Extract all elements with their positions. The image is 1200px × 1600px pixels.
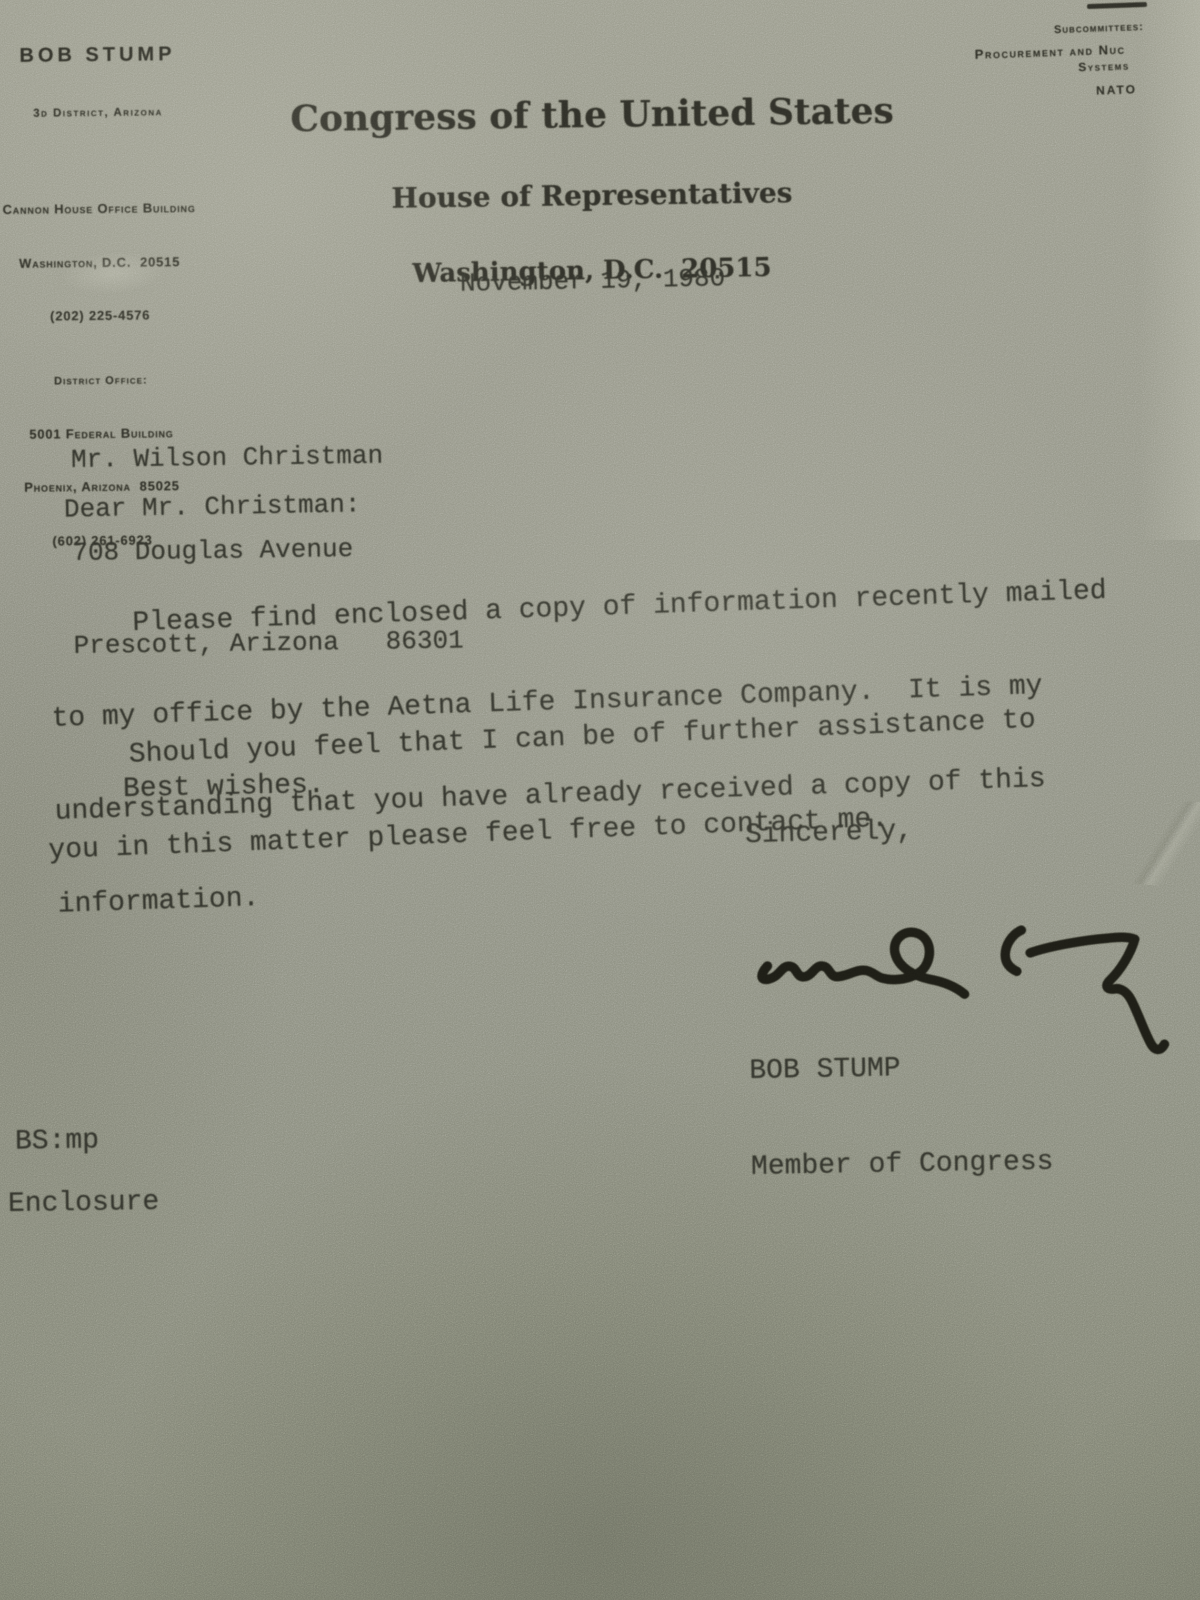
committee-nato: NATO <box>1096 82 1137 97</box>
signer-title: Member of Congress <box>751 1147 1054 1184</box>
signer-block: BOB STUMP Member of Congress <box>748 987 1055 1248</box>
body-line: Please find enclosed a copy of informati… <box>48 576 1107 642</box>
reference-initials: BS:mp <box>15 1125 99 1157</box>
masthead-house-line: House of Representatives <box>0 171 1184 221</box>
body-line: Should you feel that I can be of further… <box>44 705 1036 774</box>
signer-name: BOB STUMP <box>749 1051 1052 1088</box>
date-line: November 19, 1980 <box>460 263 726 300</box>
letterhead-committees-block: Subcommittees: Procurement and Nuc Syste… <box>900 0 1200 130</box>
enclosure-note: Enclosure <box>8 1187 160 1220</box>
committee-systems: Systems <box>1078 58 1130 74</box>
salutation: Dear Mr. Christman: <box>64 489 361 525</box>
closing-line: Sincerely, <box>745 816 914 851</box>
regards-line: Best wishes. <box>123 770 325 805</box>
letter-page: BOB STUMP 3d District, Arizona Cannon Ho… <box>0 0 1200 1600</box>
recipient-line: Mr. Wilson Christman <box>71 440 461 476</box>
subcommittees-heading: Subcommittees: <box>1054 21 1144 36</box>
